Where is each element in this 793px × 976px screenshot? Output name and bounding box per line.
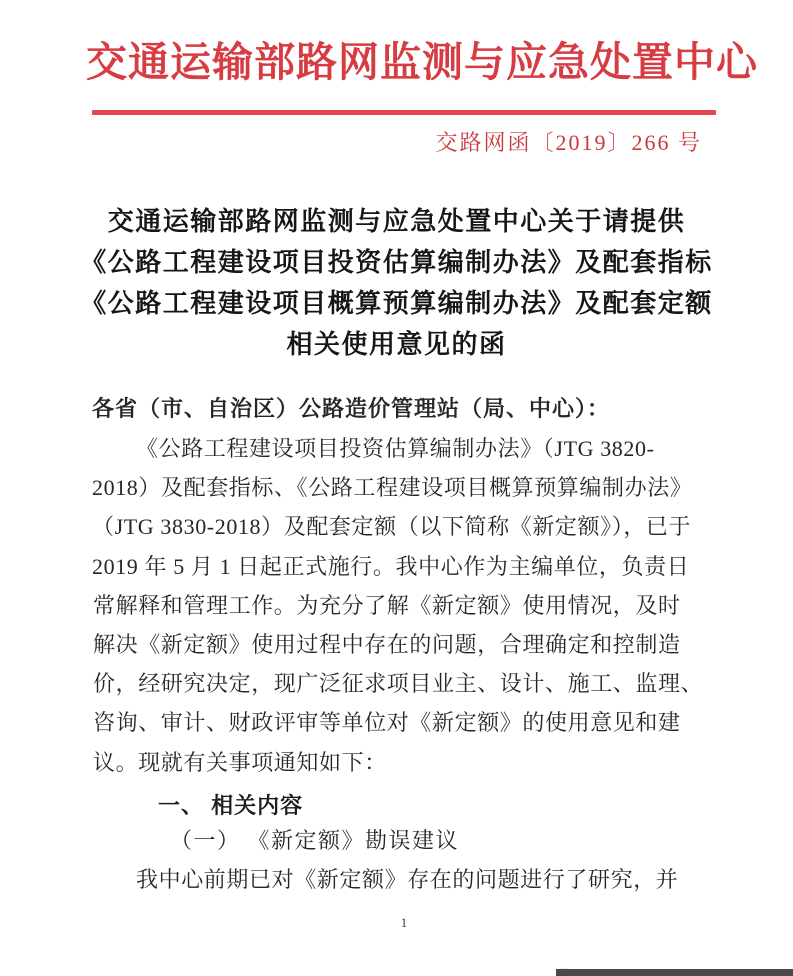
section-heading-1: 一、 相关内容 (158, 789, 303, 820)
document-title-line: 交通运输部路网监测与应急处置中心关于请提供 (60, 201, 733, 242)
letterhead-org-name: 交通运输部路网监测与应急处置中心 (86, 40, 722, 86)
body-text-line: 议。现就有关事项通知如下： (93, 750, 387, 775)
page-number: 1 (92, 915, 716, 931)
body-text-line: 常解释和管理工作。为充分了解《新定额》使用情况，及时 (93, 593, 681, 618)
subsection-heading-1-1: （一） 《新定额》勘误建议 (170, 828, 459, 853)
salutation-line: 各省（市、自治区）公路造价管理站（局、中心）： (92, 396, 610, 421)
document-title-line: 相关使用意见的函 (60, 324, 733, 365)
body-text-line: 2019 年 5 月 1 日起正式施行。我中心作为主编单位，负责日 (92, 554, 689, 579)
body-text-line: 我中心前期已对《新定额》存在的问题进行了研究，并 (136, 867, 678, 892)
letterhead-divider-rule (92, 110, 716, 115)
document-title-line: 《公路工程建设项目概算预算编制办法》及配套定额 (60, 283, 733, 324)
body-text-line: 价，经研究决定，现广泛征求项目业主、设计、施工、监理、 (93, 671, 703, 696)
body-text-line: 咨询、审计、财政评审等单位对《新定额》的使用意见和建 (93, 710, 681, 735)
scan-edge-artifact-bar (556, 969, 793, 976)
body-text-line: 解决《新定额》使用过程中存在的问题，合理确定和控制造 (93, 632, 681, 657)
document-page: 交通运输部路网监测与应急处置中心 交路网函〔2019〕266 号 交通运输部路网… (0, 0, 793, 976)
body-text-line: 《公路工程建设项目投资估算编制办法》（JTG 3820- (136, 436, 655, 461)
document-title: 交通运输部路网监测与应急处置中心关于请提供 《公路工程建设项目投资估算编制办法》… (60, 201, 733, 365)
body-text-line: （JTG 3830-2018）及配套定额（以下简称《新定额》），已于 (92, 514, 691, 539)
document-title-line: 《公路工程建设项目投资估算编制办法》及配套指标 (60, 242, 733, 283)
body-text-line: 2018）及配套指标、《公路工程建设项目概算预算编制办法》 (92, 475, 692, 500)
document-number: 交路网函〔2019〕266 号 (92, 130, 716, 156)
